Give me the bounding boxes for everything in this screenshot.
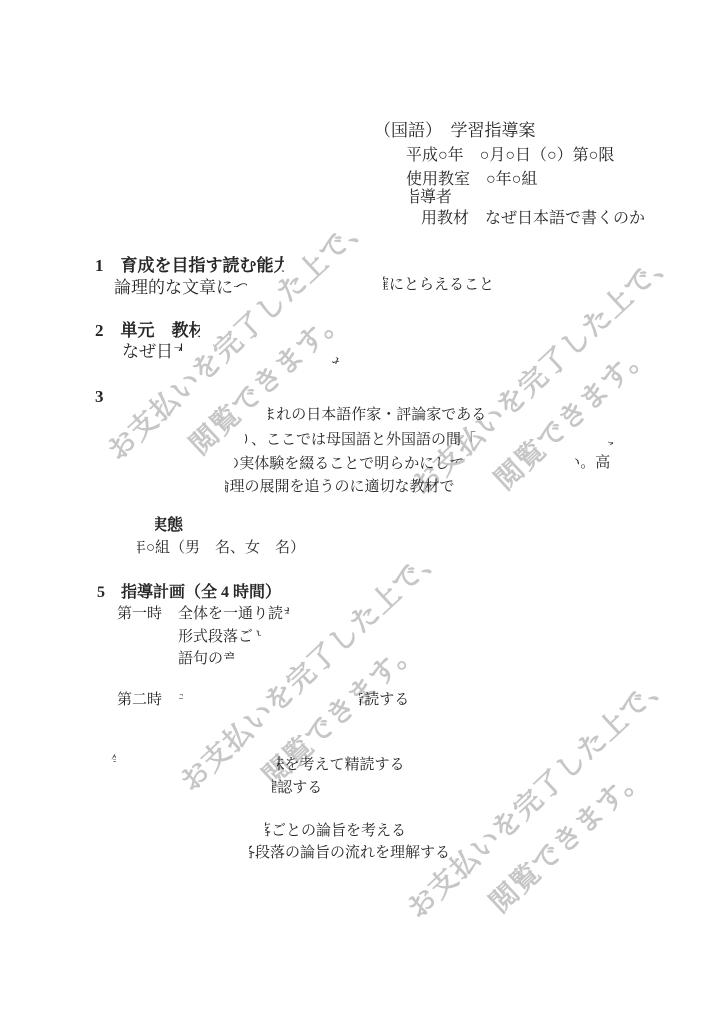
- text-run: 全体を一通り読: [178, 606, 283, 622]
- section4-body: 年○組（男 名、女 名）: [137, 539, 305, 558]
- section5-heading: 5 指導計画（全 4 時間）: [97, 583, 281, 603]
- text-run: 。高: [580, 455, 610, 471]
- partial-glyph: 力: [274, 255, 284, 276]
- partial-glyph: 意: [223, 651, 234, 659]
- partial-glyph: 第: [111, 754, 116, 762]
- partial-glyph-char: 年: [137, 539, 146, 558]
- text-run: 態: [167, 517, 183, 534]
- text-run: 3: [95, 387, 104, 406]
- text-run: 1 育成を目指す読む能: [95, 256, 274, 275]
- plan-period3-item2: 確認する: [272, 779, 322, 798]
- plan-period4-item2: 各段落の論旨の流れを理解する: [249, 844, 450, 863]
- text-run: 理の展開を追うのに適切な教材で: [230, 479, 455, 495]
- header-material-line: 用教材 なぜ日本語で書くのか: [421, 209, 645, 229]
- text-run: 用教材 なぜ日本語で書くのか: [421, 210, 645, 227]
- plan-period3-item1: 味を考えて精読する: [277, 756, 405, 775]
- plan-period1-item1: 全体を一通り読む: [178, 605, 289, 624]
- partial-glyph: て: [449, 456, 463, 463]
- plan-period2-mark: 音: [178, 691, 183, 710]
- text-run: 語句の: [178, 651, 223, 667]
- text-run: 形式段落ご: [178, 629, 253, 645]
- section1-body: 論理的な文章につ: [114, 277, 247, 298]
- section3-number: 3: [95, 386, 104, 407]
- text-run: 第二時: [117, 692, 162, 708]
- partial-glyph-char: 指: [410, 188, 420, 208]
- plan-period4-item1: 落ごとの論旨を考える: [265, 822, 406, 841]
- partial-glyph-char: 意: [223, 651, 234, 659]
- section3-line4: 論理の展開を追うのに適切な教材で: [225, 478, 455, 497]
- partial-glyph: む: [283, 606, 289, 614]
- partial-glyph: ま: [268, 406, 276, 425]
- section4-heading: 実態: [155, 516, 183, 536]
- partial-glyph-char: こ: [604, 439, 613, 448]
- partial-glyph: か: [331, 356, 339, 364]
- section3-line1: まれの日本語作家・評論家である: [268, 406, 486, 425]
- text-run: 平成○年 ○月○日（○）第○限: [406, 147, 614, 164]
- text-run: にとらえること: [389, 277, 494, 293]
- text-run: 実体験を綴ることで明らかにし: [239, 456, 449, 472]
- text-run: 導者: [420, 189, 452, 206]
- header-instructor-line: 指導者: [410, 188, 452, 208]
- partial-glyph: 年: [137, 539, 146, 558]
- partial-glyph: 本: [173, 342, 182, 351]
- partial-glyph-char: 味: [277, 756, 285, 775]
- watermark-3: お支払いを完了した上で、閲覧できます。: [168, 531, 493, 844]
- text-run: ○組（男 名、女 名）: [146, 540, 305, 556]
- section2-heading: 2 単元 教材: [95, 320, 200, 341]
- text-run: 読する: [364, 692, 409, 708]
- section2-body: なぜ日本: [122, 341, 182, 362]
- plan-period1-item2: 形式段落ごと: [178, 628, 261, 647]
- section3-line3-fragment: い。高: [575, 454, 610, 473]
- text-run: 論理的な文章に: [114, 278, 233, 297]
- section1-body-fragment: 確にとらえること: [383, 276, 494, 295]
- plan-period2-item1: 音読する: [359, 691, 409, 710]
- partial-glyph: 材: [189, 320, 201, 341]
- partial-glyph-char: 力: [274, 255, 284, 276]
- text-run: （国語） 学習指導案: [374, 121, 536, 140]
- partial-glyph-char: む: [283, 606, 289, 614]
- partial-glyph: 実: [155, 516, 167, 536]
- partial-glyph-char: 第: [111, 754, 116, 762]
- section3-line2-fragment: こ: [604, 429, 613, 448]
- header-classroom-line: 使用教室 ○年○組: [406, 170, 537, 190]
- section3-line3: の実体験を綴ることで明らかにして: [234, 455, 463, 474]
- partial-glyph-char: ま: [268, 406, 276, 425]
- partial-glyph-char: 材: [189, 320, 201, 341]
- partial-glyph: 味: [277, 756, 285, 775]
- text-run: 使用教室 ○年○組: [406, 171, 537, 188]
- partial-glyph-char: 音: [178, 692, 183, 699]
- text-run: 5 指導計画（全 4 時間）: [97, 584, 281, 601]
- partial-glyph-char: て: [449, 456, 463, 463]
- text-run: 認する: [277, 780, 322, 796]
- header-doc-title: （国語） 学習指導案: [374, 120, 536, 141]
- text-run: なぜ日: [122, 342, 173, 361]
- text-run: 2 単元 教: [95, 321, 189, 340]
- text-run: れの日本語作家・評論家である: [276, 407, 486, 423]
- plan-period2-label: 第二時: [117, 691, 162, 710]
- partial-glyph-char: つ: [233, 278, 247, 287]
- text-run: 段落の論旨の流れを理解する: [255, 845, 450, 861]
- text-run: 第一時: [117, 606, 162, 622]
- section1-heading: 1 育成を目指す読む能力: [95, 255, 284, 276]
- partial-glyph-char: 実: [155, 516, 167, 536]
- partial-glyph: 音: [178, 692, 183, 699]
- text-run: ごとの論旨を考える: [271, 823, 406, 839]
- partial-glyph: こ: [604, 439, 613, 448]
- partial-glyph: つ: [233, 278, 247, 287]
- plan-period1-item3: 語句の意: [178, 650, 234, 669]
- section3-line2: り、ここでは母国語と外国語の間「: [245, 431, 476, 450]
- plan-period1-label: 第一時: [117, 605, 162, 624]
- text-run: 、ここでは母国語と外国語の間「: [251, 432, 476, 448]
- partial-glyph-char: か: [331, 356, 339, 364]
- partial-glyph: と: [253, 629, 261, 636]
- partial-glyph-char: 本: [173, 342, 182, 351]
- partial-glyph-char: と: [253, 629, 261, 636]
- section2-body-fragment: か: [331, 345, 339, 364]
- watermark-4: お支払いを完了した上で、閲覧できます。: [395, 658, 720, 971]
- text-run: を考えて精読する: [285, 757, 405, 773]
- partial-glyph: 指: [410, 188, 420, 208]
- document-page: お支払いを完了した上で、閲覧できます。お支払いを完了した上で、閲覧できます。お支…: [0, 0, 724, 1024]
- header-date-line: 平成○年 ○月○日（○）第○限: [406, 146, 614, 166]
- plan-period3-mark: 第: [111, 753, 116, 772]
